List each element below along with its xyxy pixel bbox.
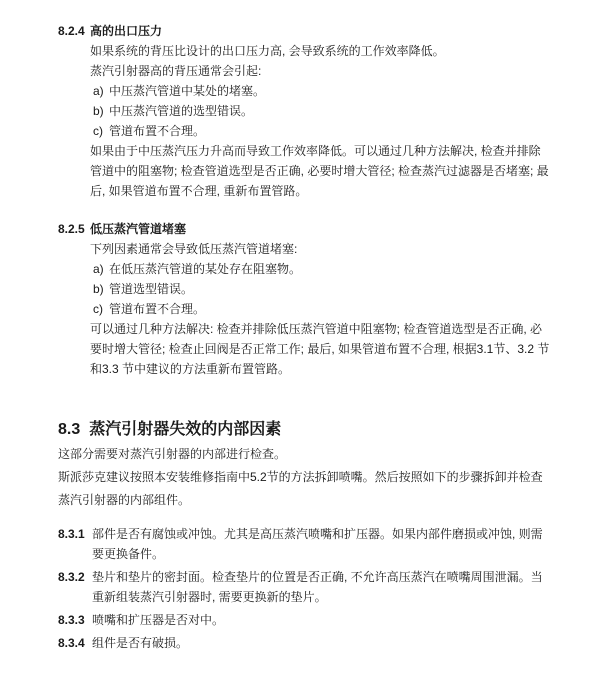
list-item-text: 管道布置不合理。: [109, 121, 552, 141]
section-heading-8-2-4: 8.2.4 高的出口压力: [58, 21, 552, 41]
paragraph: 如果由于中压蒸汽压力升高而导致工作效率降低。可以通过几种方法解决, 检查并排除管…: [90, 141, 552, 201]
item-number: 8.3.2: [58, 567, 92, 607]
section-number: 8.3: [58, 419, 80, 441]
paragraph: 这部分需要对蒸汽引射器的内部进行检查。: [58, 443, 552, 466]
list-marker: a): [93, 259, 109, 279]
list-marker: c): [93, 121, 109, 141]
section-title: 高的出口压力: [90, 21, 162, 41]
section-title: 蒸汽引射器失效的内部因素: [89, 419, 281, 441]
list-marker: b): [93, 279, 109, 299]
section-heading-8-3: 8.3 蒸汽引射器失效的内部因素: [58, 419, 552, 441]
item-text: 部件是否有腐蚀或冲蚀。尤其是高压蒸汽喷嘴和扩压器。如果内部件磨损或冲蚀, 则需要…: [92, 524, 552, 564]
section-body: 这部分需要对蒸汽引射器的内部进行检查。 斯派莎克建议按照本安装维修指南中5.2节…: [58, 443, 552, 512]
numbered-checklist: 8.3.1 部件是否有腐蚀或冲蚀。尤其是高压蒸汽喷嘴和扩压器。如果内部件磨损或冲…: [58, 524, 552, 653]
section-number: 8.2.4: [58, 21, 90, 41]
checklist-item-8-3-2: 8.3.2 垫片和垫片的密封面。检查垫片的位置是否正确, 不允许高压蒸汽在喷嘴周…: [58, 567, 552, 607]
item-text: 组件是否有破损。: [92, 633, 552, 653]
section-heading-8-2-5: 8.2.5 低压蒸汽管道堵塞: [58, 219, 552, 239]
list-marker: a): [93, 81, 109, 101]
document-page: 8.2.4 高的出口压力 如果系统的背压比设计的出口压力高, 会导致系统的工作效…: [0, 0, 612, 692]
checklist-item-8-3-4: 8.3.4 组件是否有破损。: [58, 633, 552, 653]
list-item: c) 管道布置不合理。: [93, 299, 552, 319]
paragraph: 蒸汽引射器高的背压通常会引起:: [90, 61, 552, 81]
section-8-2-4: 8.2.4 高的出口压力 如果系统的背压比设计的出口压力高, 会导致系统的工作效…: [58, 21, 552, 201]
list-item-text: 管道选型错误。: [109, 279, 552, 299]
list-item-text: 管道布置不合理。: [109, 299, 552, 319]
list-item-text: 中压蒸汽管道的选型错误。: [109, 101, 552, 121]
checklist-item-8-3-3: 8.3.3 喷嘴和扩压器是否对中。: [58, 610, 552, 630]
section-body: 下列因素通常会导致低压蒸汽管道堵塞: a) 在低压蒸汽管道的某处存在阻塞物。 b…: [90, 239, 552, 379]
list-item-text: 在低压蒸汽管道的某处存在阻塞物。: [109, 259, 552, 279]
section-8-3: 8.3 蒸汽引射器失效的内部因素 这部分需要对蒸汽引射器的内部进行检查。 斯派莎…: [58, 419, 552, 653]
item-text: 垫片和垫片的密封面。检查垫片的位置是否正确, 不允许高压蒸汽在喷嘴周围泄漏。当重…: [92, 567, 552, 607]
list-item: a) 中压蒸汽管道中某处的堵塞。: [93, 81, 552, 101]
ordered-list: a) 中压蒸汽管道中某处的堵塞。 b) 中压蒸汽管道的选型错误。 c) 管道布置…: [93, 81, 552, 141]
paragraph: 可以通过几种方法解决: 检查并排除低压蒸汽管道中阻塞物; 检查管道选型是否正确,…: [90, 319, 552, 379]
section-body: 如果系统的背压比设计的出口压力高, 会导致系统的工作效率降低。 蒸汽引射器高的背…: [90, 41, 552, 201]
section-title: 低压蒸汽管道堵塞: [90, 219, 186, 239]
list-item: b) 管道选型错误。: [93, 279, 552, 299]
checklist-item-8-3-1: 8.3.1 部件是否有腐蚀或冲蚀。尤其是高压蒸汽喷嘴和扩压器。如果内部件磨损或冲…: [58, 524, 552, 564]
item-number: 8.3.4: [58, 633, 92, 653]
paragraph: 如果系统的背压比设计的出口压力高, 会导致系统的工作效率降低。: [90, 41, 552, 61]
item-number: 8.3.1: [58, 524, 92, 564]
list-item: c) 管道布置不合理。: [93, 121, 552, 141]
item-number: 8.3.3: [58, 610, 92, 630]
paragraph: 下列因素通常会导致低压蒸汽管道堵塞:: [90, 239, 552, 259]
paragraph: 斯派莎克建议按照本安装维修指南中5.2节的方法拆卸喷嘴。然后按照如下的步骤拆卸并…: [58, 466, 552, 512]
list-item-text: 中压蒸汽管道中某处的堵塞。: [109, 81, 552, 101]
list-marker: c): [93, 299, 109, 319]
list-item: b) 中压蒸汽管道的选型错误。: [93, 101, 552, 121]
section-8-2-5: 8.2.5 低压蒸汽管道堵塞 下列因素通常会导致低压蒸汽管道堵塞: a) 在低压…: [58, 219, 552, 379]
section-number: 8.2.5: [58, 219, 90, 239]
list-marker: b): [93, 101, 109, 121]
list-item: a) 在低压蒸汽管道的某处存在阻塞物。: [93, 259, 552, 279]
item-text: 喷嘴和扩压器是否对中。: [92, 610, 552, 630]
ordered-list: a) 在低压蒸汽管道的某处存在阻塞物。 b) 管道选型错误。 c) 管道布置不合…: [93, 259, 552, 319]
